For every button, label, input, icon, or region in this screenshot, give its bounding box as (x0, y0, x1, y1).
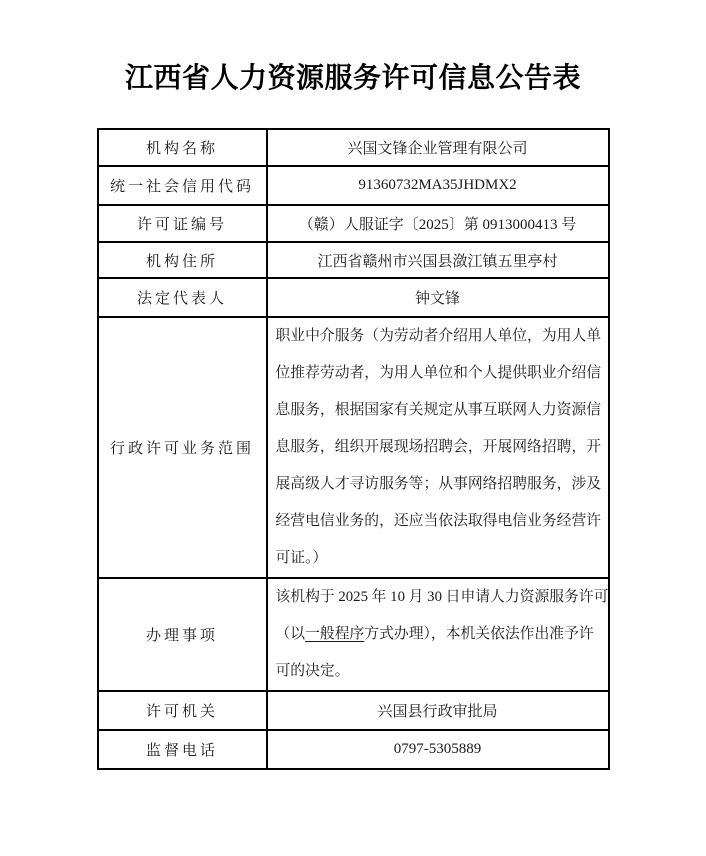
page-title: 江西省人力资源服务许可信息公告表 (0, 60, 706, 96)
row-value: 钟文锋 (267, 278, 609, 317)
row-label: 监督电话 (98, 730, 267, 769)
row-value: 江西省赣州市兴国县潋江镇五里亭村 (267, 242, 609, 278)
license-info-table: 机构名称 兴国文锋企业管理有限公司 统一社会信用代码 91360732MA35J… (97, 128, 610, 770)
table-row-business-scope: 行政许可业务范围 职业中介服务（为劳动者介绍用人单位，为用人单 位推荐劳动者，为… (98, 317, 609, 578)
row-value: 兴国文锋企业管理有限公司 (267, 129, 609, 166)
row-label: 办理事项 (98, 578, 267, 691)
row-value: 91360732MA35JHDMX2 (267, 166, 609, 205)
table-row-org-address: 机构住所 江西省赣州市兴国县潋江镇五里亭村 (98, 242, 609, 278)
handling-text-underlined: 一般程序 (305, 626, 364, 642)
row-label: 法定代表人 (98, 278, 267, 317)
row-value: 职业中介服务（为劳动者介绍用人单位，为用人单 位推荐劳动者，为用人单位和个人提供… (267, 317, 609, 578)
table-row-legal-representative: 法定代表人 钟文锋 (98, 278, 609, 317)
table-row-org-name: 机构名称 兴国文锋企业管理有限公司 (98, 129, 609, 166)
table-row-licensing-authority: 许可机关 兴国县行政审批局 (98, 691, 609, 730)
table-row-handling-matter: 办理事项 该机构于 2025 年 10 月 30 日申请人力资源服务许可 （以一… (98, 578, 609, 691)
row-value: 0797-5305889 (267, 730, 609, 769)
row-label: 统一社会信用代码 (98, 166, 267, 205)
table-row-credit-code: 统一社会信用代码 91360732MA35JHDMX2 (98, 166, 609, 205)
row-label: 行政许可业务范围 (98, 317, 267, 578)
table-row-license-number: 许可证编号 （赣）人服证字〔2025〕第 0913000413 号 (98, 205, 609, 242)
row-value: 该机构于 2025 年 10 月 30 日申请人力资源服务许可 （以一般程序方式… (267, 578, 609, 691)
table-row-supervision-phone: 监督电话 0797-5305889 (98, 730, 609, 769)
row-label: 机构住所 (98, 242, 267, 278)
row-value: 兴国县行政审批局 (267, 691, 609, 730)
row-label: 许可机关 (98, 691, 267, 730)
row-value: （赣）人服证字〔2025〕第 0913000413 号 (267, 205, 609, 242)
announcement-page: 江西省人力资源服务许可信息公告表 机构名称 兴国文锋企业管理有限公司 统一社会信… (0, 60, 706, 770)
row-label: 许可证编号 (98, 205, 267, 242)
row-label: 机构名称 (98, 129, 267, 166)
